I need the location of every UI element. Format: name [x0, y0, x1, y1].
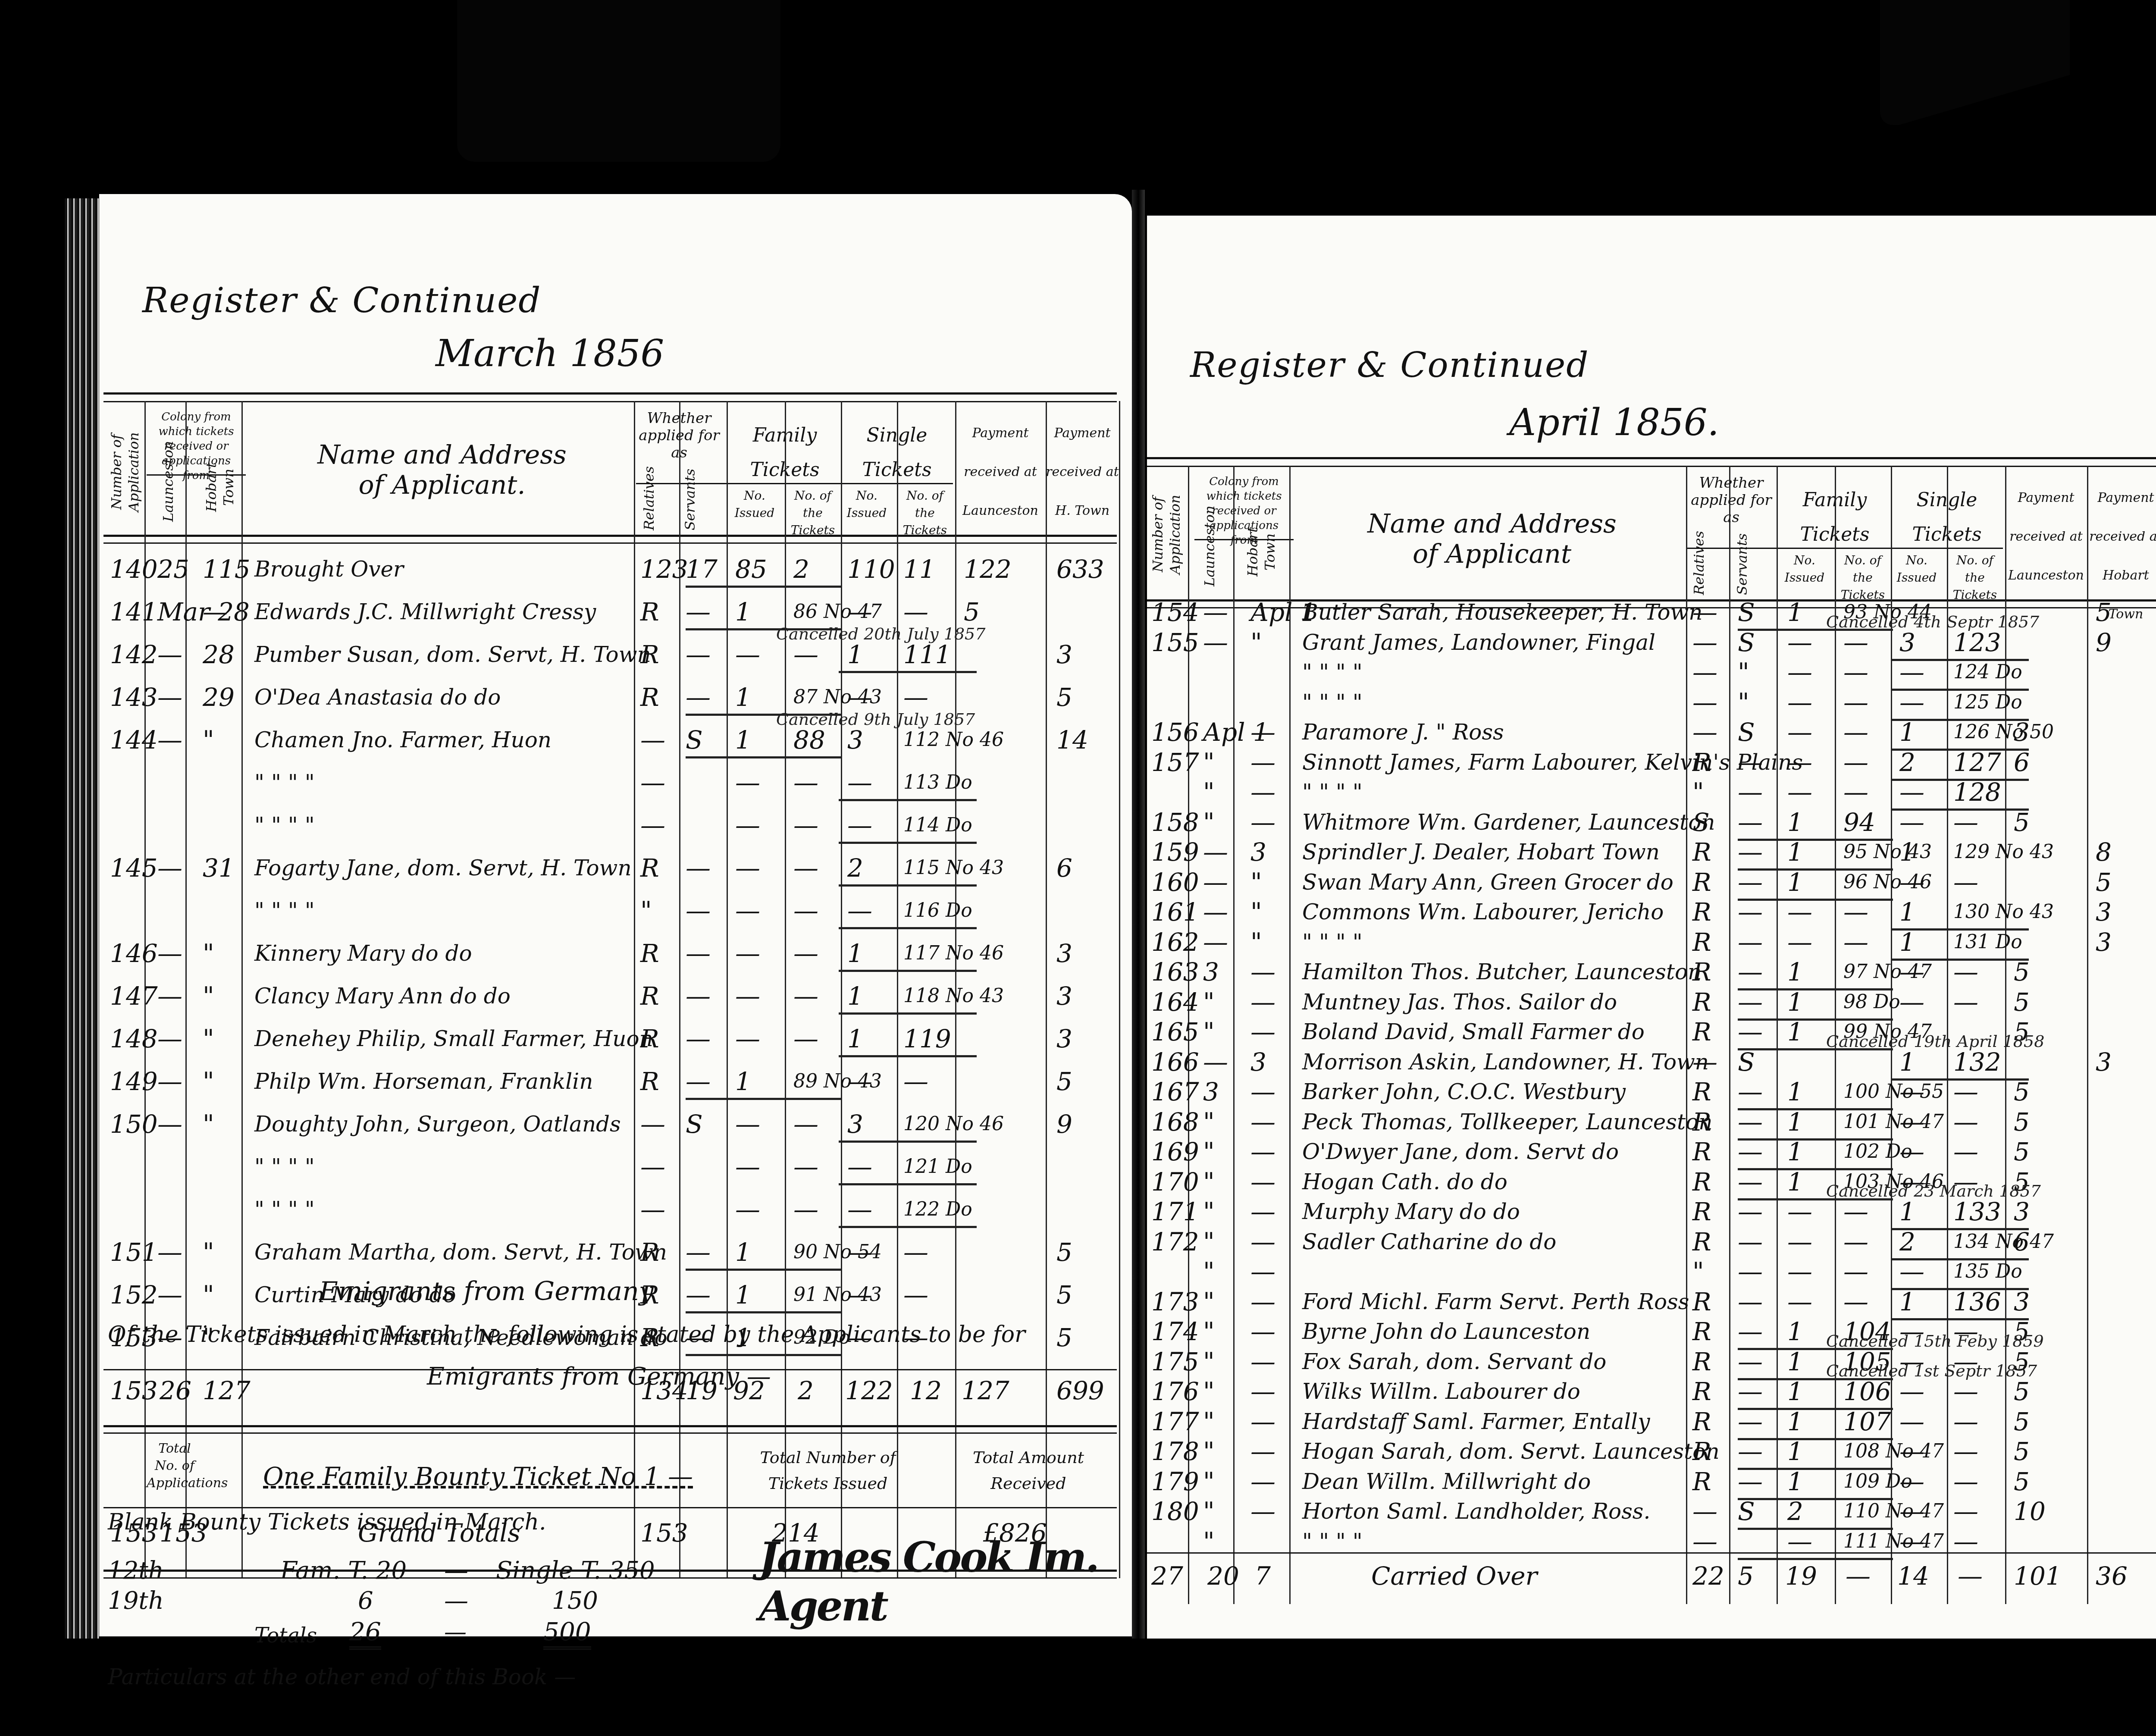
cell-from-h: " — [203, 1109, 214, 1139]
cell-family-ticket: — — [793, 1194, 818, 1225]
cell-name: Fogarty Jane, dom. Servt, H. Town — [254, 853, 632, 883]
table-row: 149—"Philp Wm. Horseman, FranklinR—189 N… — [99, 1060, 1132, 1103]
cell-applied-r: R — [640, 597, 659, 627]
cell-pay-h: 3 — [1056, 938, 1072, 968]
r-col-name-header: Name and Address of Applicant — [1302, 509, 1682, 569]
cell-single-no: — — [847, 682, 872, 712]
ticket-rule — [839, 671, 977, 673]
col-name-header: Name and Address of Applicant. — [254, 440, 630, 500]
subheader-rule-colony — [147, 474, 246, 476]
cell-from-h: " — [203, 1066, 214, 1097]
header-bottom-rule — [103, 535, 1117, 537]
ticket-rule — [686, 1269, 841, 1271]
footnote-heading: Emigrants from Germany — [319, 1276, 654, 1307]
cell-name: Philp Wm. Horseman, Franklin — [254, 1066, 593, 1097]
cell-number: 141 — [110, 597, 158, 627]
cell-single-ticket: — — [1953, 1526, 1978, 1557]
ticket-rule — [839, 1226, 977, 1228]
cell-family-no: — — [735, 896, 760, 926]
table-row: 147—"Clancy Mary Ann do doR———1118 No 43… — [99, 975, 1132, 1018]
cell-single-no: — — [847, 597, 872, 627]
book-spine — [1132, 190, 1145, 1639]
right-page-title: Register & Continued — [1190, 345, 1589, 385]
cell-from-l: — — [157, 1237, 182, 1267]
cell-single-ticket: — — [903, 1280, 928, 1310]
totals-bottom-rule-2 — [103, 1432, 1117, 1434]
cell-from-l: — — [157, 1024, 182, 1054]
cell-applied-s: 17 — [686, 554, 718, 584]
cell-single-ticket: 117 No 46 — [903, 938, 1004, 968]
carried-single-ticket: — — [1958, 1561, 1983, 1591]
cell-single-no: — — [847, 1237, 872, 1267]
table-row: 142—28Pumber Susan, dom. Servt, H. TownR… — [99, 633, 1132, 676]
footnote-entry-single: 150 — [552, 1587, 598, 1615]
grand-relatives: 153 — [640, 1518, 688, 1548]
cell-single-no: — — [847, 810, 872, 840]
ticket-rule — [839, 1183, 977, 1185]
cell-single-no: 3 — [847, 1109, 863, 1139]
cell-pay-h: 9 — [1056, 1109, 1072, 1139]
cell-name: O'Dea Anastasia do do — [254, 682, 501, 712]
cell-family-no: — — [735, 639, 760, 670]
cell-single-no: — — [847, 1152, 872, 1182]
cell-from-h: " — [203, 1024, 214, 1054]
book-edge-left — [65, 198, 99, 1639]
cell-single-ticket: 121 Do — [903, 1152, 972, 1182]
r-carried-top-rule — [1147, 1552, 2156, 1554]
totals-from-l: 26 — [160, 1376, 191, 1406]
cancelled-annotation: Cancelled 19th April 1858 — [1826, 1032, 2044, 1051]
totals-single-no: 122 — [845, 1376, 893, 1406]
cell-number: 142 — [110, 639, 158, 670]
cell-pay-h: 3 — [1056, 1024, 1072, 1054]
col-servants-header: Servants — [681, 470, 707, 530]
cell-pay-h: 633 — [1056, 554, 1104, 584]
cell-family-ticket: 88 — [793, 725, 825, 755]
cell-number: 145 — [110, 853, 158, 883]
ticket-rule — [686, 1098, 841, 1100]
cell-single-ticket: 118 No 43 — [903, 981, 1004, 1011]
cell-pay-h: 5 — [1056, 1322, 1072, 1353]
table-row: " " " "————114 Do — [99, 804, 1132, 847]
footnote-line3: One Family Bounty Ticket No 1 — — [263, 1462, 693, 1491]
ticket-rule — [839, 799, 977, 801]
r-col-launceston-header: Launceston — [1201, 517, 1227, 586]
cell-single-ticket: 115 No 43 — [903, 853, 1004, 883]
cell-single-no: 110 — [847, 554, 895, 584]
cell-single-no: 1 — [847, 938, 863, 968]
cell-from-h: " — [203, 1280, 214, 1310]
r-col-single-noissued: No. Issued — [1891, 552, 1943, 586]
footnote-line1: Of the Tickets issued in March the follo… — [108, 1322, 1025, 1347]
cell-applied-r: R — [640, 1024, 659, 1054]
cell-applied-r: — — [640, 725, 665, 755]
cell-from-l: — — [157, 682, 182, 712]
cell-family-no: 1 — [735, 597, 751, 627]
cell-pay-h: 6 — [1056, 853, 1072, 883]
col-launceston-header: Launceston — [160, 453, 185, 522]
cell-family-no: 1 — [735, 1237, 751, 1267]
cell-applied-s: — — [686, 896, 711, 926]
cell-from-l: — — [157, 1066, 182, 1097]
cancelled-annotation: Cancelled 9th July 1857 — [776, 710, 975, 729]
ticket-rule — [686, 756, 841, 758]
cell-family-no: — — [735, 768, 760, 798]
cell-single-ticket: 11 — [903, 554, 935, 584]
cell-name: Doughty John, Surgeon, Oatlands — [254, 1109, 621, 1139]
carried-pay-h: 36 — [2096, 1561, 2128, 1591]
cell-family-no: 1 — [735, 1280, 751, 1310]
cell-applied-r: — — [640, 1109, 665, 1139]
cell-single-ticket: — — [903, 682, 928, 712]
cell-applied-s: S — [686, 725, 703, 755]
ticket-rule — [686, 586, 841, 588]
ticket-rule — [839, 1012, 977, 1015]
cell-applied-r: " — [640, 896, 652, 926]
cell-applied-r: — — [640, 810, 665, 840]
ticket-rule — [839, 842, 977, 844]
cell-family-ticket: — — [793, 896, 818, 926]
cancelled-annotation: Cancelled 4th Septr 1857 — [1826, 612, 2039, 631]
cell-single-no: — — [847, 896, 872, 926]
cell-pay-h: 5 — [1056, 682, 1072, 712]
footnote-line-last: Particulars at the other end of this Boo… — [108, 1664, 576, 1689]
cell-single-no: — — [847, 1066, 872, 1097]
r-col-pay-launceston-header: Payment received at Launceston — [2005, 479, 2087, 595]
col-single-notickets: No. of the Tickets — [897, 487, 953, 539]
footnote-totals-single: 500 — [543, 1617, 591, 1650]
footnote-entry-family: Fam. T. 20 — [280, 1557, 407, 1585]
cell-single-no: 3 — [847, 725, 863, 755]
cell-single-ticket: 112 No 46 — [903, 725, 1004, 755]
carried-from-l: 20 — [1207, 1561, 1239, 1591]
totals-pay-l: 127 — [962, 1376, 1009, 1406]
cell-family-ticket: — — [793, 1109, 818, 1139]
cell-family-no: — — [735, 1109, 760, 1139]
footnote-totals-label: Totals — [254, 1623, 317, 1648]
cell-from-l: — — [157, 1109, 182, 1139]
cell-applied-s: — — [686, 938, 711, 968]
cell-applied-r: R — [640, 639, 659, 670]
carried-single-no: 14 — [1897, 1561, 1929, 1591]
cell-family-no: 85 — [735, 554, 767, 584]
cell-name: " " " " — [254, 896, 315, 926]
cell-single-ticket: 113 Do — [903, 768, 972, 798]
cell-name: Brought Over — [254, 554, 404, 584]
cell-from-h: 115 — [203, 554, 251, 584]
table-row: 145—31Fogarty Jane, dom. Servt, H. TownR… — [99, 846, 1132, 890]
cell-single-ticket: 122 Do — [903, 1194, 972, 1225]
cell-number: 144 — [110, 725, 158, 755]
summary-total-applications-label: Total No. of Applications — [147, 1440, 203, 1492]
cell-number: 148 — [110, 1024, 158, 1054]
cell-single-ticket: — — [903, 1237, 928, 1267]
footnote-totals-sep: — — [444, 1619, 467, 1645]
cancelled-annotation: Cancelled 15th Feby 1859 — [1826, 1332, 2044, 1351]
cell-applied-r: — — [640, 1194, 665, 1225]
cell-applied-s: — — [686, 853, 711, 883]
cell-single-no: — — [847, 768, 872, 798]
cell-from-l: — — [157, 853, 182, 883]
carried-pay-l: 101 — [2014, 1561, 2062, 1591]
cell-applied-s: — — [686, 1237, 711, 1267]
footnote-entry-sep: — — [444, 1557, 468, 1585]
cell-from-h: " — [203, 725, 214, 755]
carried-family-no: 19 — [1785, 1561, 1817, 1591]
cell-applied-r: R — [640, 938, 659, 968]
cell-single-no: 1 — [847, 1024, 863, 1054]
totals-bottom-rule — [103, 1425, 1117, 1427]
cell-family-no: — — [735, 1024, 760, 1054]
footnote-line4: Blank Bounty Tickets issued in March. — [108, 1509, 546, 1535]
cell-number: 147 — [110, 981, 158, 1011]
cell-name: Edwards J.C. Millwright Cressy — [254, 597, 596, 627]
cell-applied-s: — — [686, 639, 711, 670]
cell-applied-s: — — [686, 1280, 711, 1310]
cell-family-ticket: — — [793, 1152, 818, 1182]
r-subheader-rule — [1686, 548, 2003, 549]
col-family-noissued: No. Issued — [729, 487, 780, 522]
ticket-rule — [839, 1055, 977, 1057]
cell-family-no: — — [735, 938, 760, 968]
subheader-rule — [636, 483, 953, 484]
cell-from-l: — — [157, 938, 182, 968]
cell-applied-r: — — [1692, 1526, 1717, 1557]
summary-rule — [103, 1507, 1117, 1508]
table-row: 148—"Denehey Philip, Small Farmer, HuonR… — [99, 1017, 1132, 1060]
header-top-rule — [103, 392, 1117, 395]
cell-applied-r: R — [640, 682, 659, 712]
totals-number: 153 — [110, 1376, 158, 1406]
cell-from-l: — — [157, 981, 182, 1011]
cell-single-no: 2 — [847, 853, 863, 883]
footnote-entry-family: 6 — [358, 1587, 373, 1615]
cell-name: Pumber Susan, dom. Servt, H. Town — [254, 639, 651, 670]
cell-name: " " " " — [254, 768, 315, 798]
totals-from-h: 127 — [203, 1376, 251, 1406]
cell-family-no: 1 — [735, 725, 751, 755]
table-row: 144—"Chamen Jno. Farmer, Huon—S1883112 N… — [99, 718, 1132, 761]
cell-single-ticket: 111 — [903, 639, 951, 670]
r-col-whether-header: Whether applied for as — [1686, 474, 1777, 526]
cell-from-l: 25 — [157, 554, 189, 584]
cell-from-h: " — [203, 981, 214, 1011]
cell-single-no: — — [847, 1194, 872, 1225]
cell-applied-s: — — [686, 1066, 711, 1097]
cell-name: Chamen Jno. Farmer, Huon — [254, 725, 552, 755]
table-row: " " " "————113 Do — [99, 761, 1132, 804]
cell-applied-s: — — [686, 597, 711, 627]
r-col-family-noissued: No. Issued — [1779, 552, 1830, 586]
cell-name: Denehey Philip, Small Farmer, Huon — [254, 1024, 653, 1054]
totals-single-ticket: 12 — [910, 1376, 942, 1406]
carried-applied-s: 5 — [1738, 1561, 1754, 1591]
r-col-relatives-header: Relatives — [1690, 535, 1716, 595]
cell-applied-s: — — [686, 1024, 711, 1054]
table-row: 150—"Doughty John, Surgeon, Oatlands—S——… — [99, 1103, 1132, 1146]
table-row: " " " "————121 Do — [99, 1145, 1132, 1188]
cell-from-l: — — [157, 725, 182, 755]
table-row: " " " "————122 Do — [99, 1188, 1132, 1231]
table-row: 14025115Brought Over1231785211011122633 — [99, 548, 1132, 591]
cell-from-l: — — [157, 1280, 182, 1310]
totals-pay-h: 699 — [1056, 1376, 1104, 1406]
col-name-header-line2: of Applicant. — [254, 470, 630, 500]
cell-applied-r: — — [640, 1152, 665, 1182]
footnote-entry-date: 19th — [108, 1587, 164, 1615]
cell-single-no: — — [847, 1280, 872, 1310]
agent-signature: James Cook Im. Agent — [759, 1533, 1132, 1630]
footnote-line2: Emigrants from Germany — — [427, 1363, 771, 1391]
col-relatives-header: Relatives — [640, 470, 666, 530]
cell-pay-h: 3 — [1056, 639, 1072, 670]
cell-number: 143 — [110, 682, 158, 712]
cell-from-h: 28 — [203, 639, 235, 670]
cell-family-ticket: — — [793, 981, 818, 1011]
cell-family-no: — — [735, 1152, 760, 1182]
left-page-month: March 1856 — [436, 332, 664, 375]
cell-family-ticket: — — [793, 768, 818, 798]
cell-family-no: — — [735, 810, 760, 840]
cell-single-ticket: 114 Do — [903, 810, 972, 840]
cell-from-h: " — [203, 938, 214, 968]
cell-number: 149 — [110, 1066, 158, 1097]
cell-number: 151 — [110, 1237, 158, 1267]
ticket-rule — [839, 927, 977, 929]
ticket-rule — [839, 970, 977, 972]
cell-family-ticket: — — [793, 1024, 818, 1054]
cell-applied-s: S — [686, 1109, 703, 1139]
cell-number: 146 — [110, 938, 158, 968]
r-col-number-header: Number of Application — [1149, 479, 1184, 591]
table-row: " " " ""————116 Do — [99, 889, 1132, 932]
table-row: "" " " "——111 No 47—— — [1147, 1520, 2156, 1563]
carried-family-ticket: — — [1846, 1561, 1871, 1591]
cancelled-annotation: Cancelled 1st Septr 1857 — [1826, 1361, 2037, 1380]
col-single-noissued: No. Issued — [841, 487, 893, 522]
cell-pay-h: 5 — [1056, 1280, 1072, 1310]
r-col-hobart-header: Hobart Town — [1244, 517, 1270, 586]
table-row: 151—"Graham Martha, dom. Servt, H. TownR… — [99, 1231, 1132, 1274]
col-pay-hobart-header: Payment received at H. Town — [1046, 414, 1119, 530]
cell-applied-r: R — [640, 1066, 659, 1097]
cell-name: Clancy Mary Ann do do — [254, 981, 511, 1011]
right-page-month: April 1856. — [1509, 401, 1719, 444]
r-subheader-rule-colony — [1194, 539, 1294, 540]
cell-single-ticket: — — [903, 597, 928, 627]
carried-label: Carried Over — [1371, 1561, 1537, 1591]
table-row: 146—"Kinnery Mary do doR———1117 No 463 — [99, 932, 1132, 975]
cell-pay-h: 5 — [1056, 1237, 1072, 1267]
cell-single-no: 1 — [847, 981, 863, 1011]
binding-clip-left — [457, 0, 780, 162]
carried-applied-r: 22 — [1692, 1561, 1724, 1591]
col-name-header-line1: Name and Address — [254, 440, 630, 470]
cell-family-no: — — [735, 981, 760, 1011]
summary-total-amount-label: Total Amount Received — [957, 1445, 1100, 1496]
carried-from-h: 7 — [1255, 1561, 1271, 1591]
summary-total-tickets-label: Total Number of Tickets Issued — [733, 1445, 923, 1496]
cell-from-l: — — [157, 639, 182, 670]
col-number-header: Number of Application — [108, 414, 142, 530]
cell-applied-r: R — [640, 1237, 659, 1267]
cell-from-l: " — [1203, 1526, 1215, 1557]
ticket-rule — [839, 1141, 977, 1143]
cell-applied-s: — — [686, 682, 711, 712]
cell-name: " " " " — [254, 810, 315, 840]
col-pay-launceston-header: Payment received at Launceston — [955, 414, 1046, 530]
cell-single-ticket: 120 No 46 — [903, 1109, 1004, 1139]
cell-single-ticket: — — [903, 1066, 928, 1097]
cell-family-no: — — [735, 1194, 760, 1225]
cell-single-no: — — [1899, 1526, 1924, 1557]
ticket-rule — [686, 1354, 841, 1356]
footnote-entry-single: Single T. 350 — [496, 1557, 655, 1585]
cancelled-annotation: Cancelled 20th July 1857 — [776, 624, 985, 643]
footnote-totals-family: 26 — [349, 1617, 381, 1650]
cell-name: " " " " — [254, 1194, 315, 1225]
r-col-name-header-line1: Name and Address — [1302, 509, 1682, 539]
cell-family-ticket: — — [793, 639, 818, 670]
cell-applied-r: R — [640, 981, 659, 1011]
cell-single-no: 1 — [847, 639, 863, 670]
cell-applied-s: — — [686, 981, 711, 1011]
cell-single-ticket: 116 Do — [903, 896, 972, 926]
cell-family-ticket: — — [793, 810, 818, 840]
left-page: Register & Continued March 1856 Number o… — [99, 194, 1132, 1636]
cell-family-no: 1 — [735, 682, 751, 712]
cell-family-no: 1 — [735, 1066, 751, 1097]
cell-pay-l: 5 — [964, 597, 980, 627]
cell-pay-l: 122 — [964, 554, 1012, 584]
cell-family-ticket: 111 No 47 — [1843, 1526, 1944, 1557]
cell-name: Graham Martha, dom. Servt, H. Town — [254, 1237, 667, 1267]
r-header-top-rule-2 — [1147, 466, 2156, 467]
totals-family-ticket: 2 — [798, 1376, 814, 1406]
cell-family-no: — — [735, 853, 760, 883]
cell-name: Kinnery Mary do do — [254, 938, 472, 968]
r-col-servants-header: Servants — [1733, 535, 1759, 595]
cell-family-ticket: 2 — [793, 554, 809, 584]
ticket-rule — [1738, 1558, 1893, 1560]
left-page-title: Register & Continued — [142, 280, 541, 320]
r-header-top-rule — [1147, 457, 2156, 459]
cell-applied-r: — — [640, 768, 665, 798]
table-row: 143—29O'Dea Anastasia do doR—187 No 43——… — [99, 676, 1132, 719]
carried-over-row: 27 20 7 Carried Over 22 5 19 — 14 — 101 … — [1147, 1561, 2156, 1604]
col-hobart-header: Hobart Town — [203, 453, 229, 522]
cell-from-h: — — [203, 597, 228, 627]
cell-number: 150 — [110, 1109, 158, 1139]
cell-pay-h: 14 — [1056, 725, 1088, 755]
cell-number: 140 — [110, 554, 158, 584]
cell-applied-r: R — [640, 853, 659, 883]
cell-applied-r: 123 — [640, 554, 688, 584]
r-col-name-header-line2: of Applicant — [1302, 539, 1682, 569]
cell-from-h: 29 — [203, 682, 235, 712]
cancelled-annotation: Cancelled 23 March 1857 — [1826, 1181, 2041, 1200]
cell-pay-h: 3 — [1056, 981, 1072, 1011]
footnote-entry-date: 12th — [108, 1557, 164, 1585]
cell-name: " " " " — [1302, 1526, 1363, 1557]
cell-pay-h: 5 — [1056, 1066, 1072, 1097]
footnote-entry-sep: — — [444, 1587, 468, 1615]
cell-family-no: — — [1787, 1526, 1812, 1557]
carried-number: 27 — [1151, 1561, 1183, 1591]
col-family-notickets: No. of the Tickets — [785, 487, 841, 539]
cell-single-ticket: 119 — [903, 1024, 951, 1054]
cell-from-h: " — [203, 1237, 214, 1267]
